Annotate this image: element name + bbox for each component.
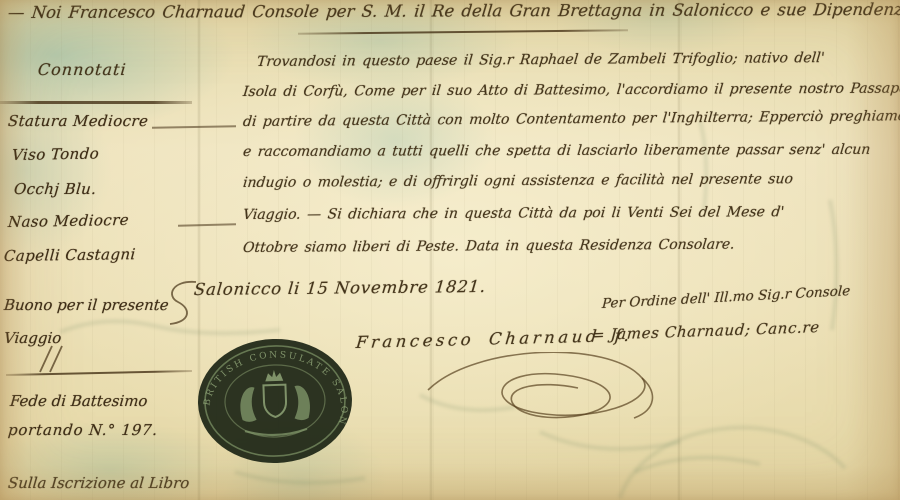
header-line: — Noi Francesco Charnaud Console per S. … bbox=[7, 0, 900, 22]
connector-dash bbox=[178, 223, 236, 226]
baptism-note-line2: portando N.° 197. bbox=[7, 421, 159, 439]
footer-rule bbox=[6, 370, 192, 376]
connotati-heading: Connotati bbox=[37, 60, 127, 79]
validity-note-line2: Viaggio bbox=[3, 329, 62, 347]
trait-occhi: Occhj Blu. bbox=[13, 180, 97, 198]
body-line: Isola di Corfù, Come per il suo Atto di … bbox=[242, 80, 900, 100]
trait-statura: Statura Mediocre bbox=[7, 112, 149, 130]
trait-capelli: Capelli Castagni bbox=[3, 245, 136, 265]
body-line: indugio o molestia; e di offrirgli ogni … bbox=[242, 171, 794, 191]
header-underline bbox=[298, 29, 628, 34]
baptism-note-line1: Fede di Battesimo bbox=[9, 392, 148, 410]
validity-flourish bbox=[26, 344, 68, 374]
bottom-cut-note: Sulla Iscrizione al Libro bbox=[7, 474, 190, 492]
connector-dash bbox=[152, 125, 236, 128]
passport-document-scan: — Noi Francesco Charnaud Console per S. … bbox=[0, 0, 900, 500]
body-line: Trovandosi in questo paese il Sig.r Raph… bbox=[256, 50, 825, 70]
validity-note-line1: Buono per il presente bbox=[3, 296, 169, 314]
dateline: Salonicco li 15 Novembre 1821. bbox=[193, 277, 487, 299]
body-line: e raccomandiamo a tutti quelli che spett… bbox=[242, 142, 871, 160]
consulate-seal: BRITISH CONSULATE SALONICA bbox=[194, 334, 356, 468]
trait-viso: Viso Tondo bbox=[11, 144, 99, 164]
body-line: Viaggio. — Si dichiara che in questa Cit… bbox=[242, 204, 785, 223]
body-line: Ottobre siamo liberi di Peste. Data in q… bbox=[242, 237, 735, 256]
order-note: Per Ordine dell' Ill.mo Sig.r Console bbox=[602, 283, 851, 312]
signature-flourish bbox=[420, 352, 690, 432]
consul-signature: Francesco Charnaud f. bbox=[355, 326, 633, 352]
body-line: di partire da questa Città con molto Con… bbox=[242, 108, 900, 130]
connotati-underline bbox=[0, 101, 192, 104]
trait-naso: Naso Mediocre bbox=[7, 211, 129, 231]
